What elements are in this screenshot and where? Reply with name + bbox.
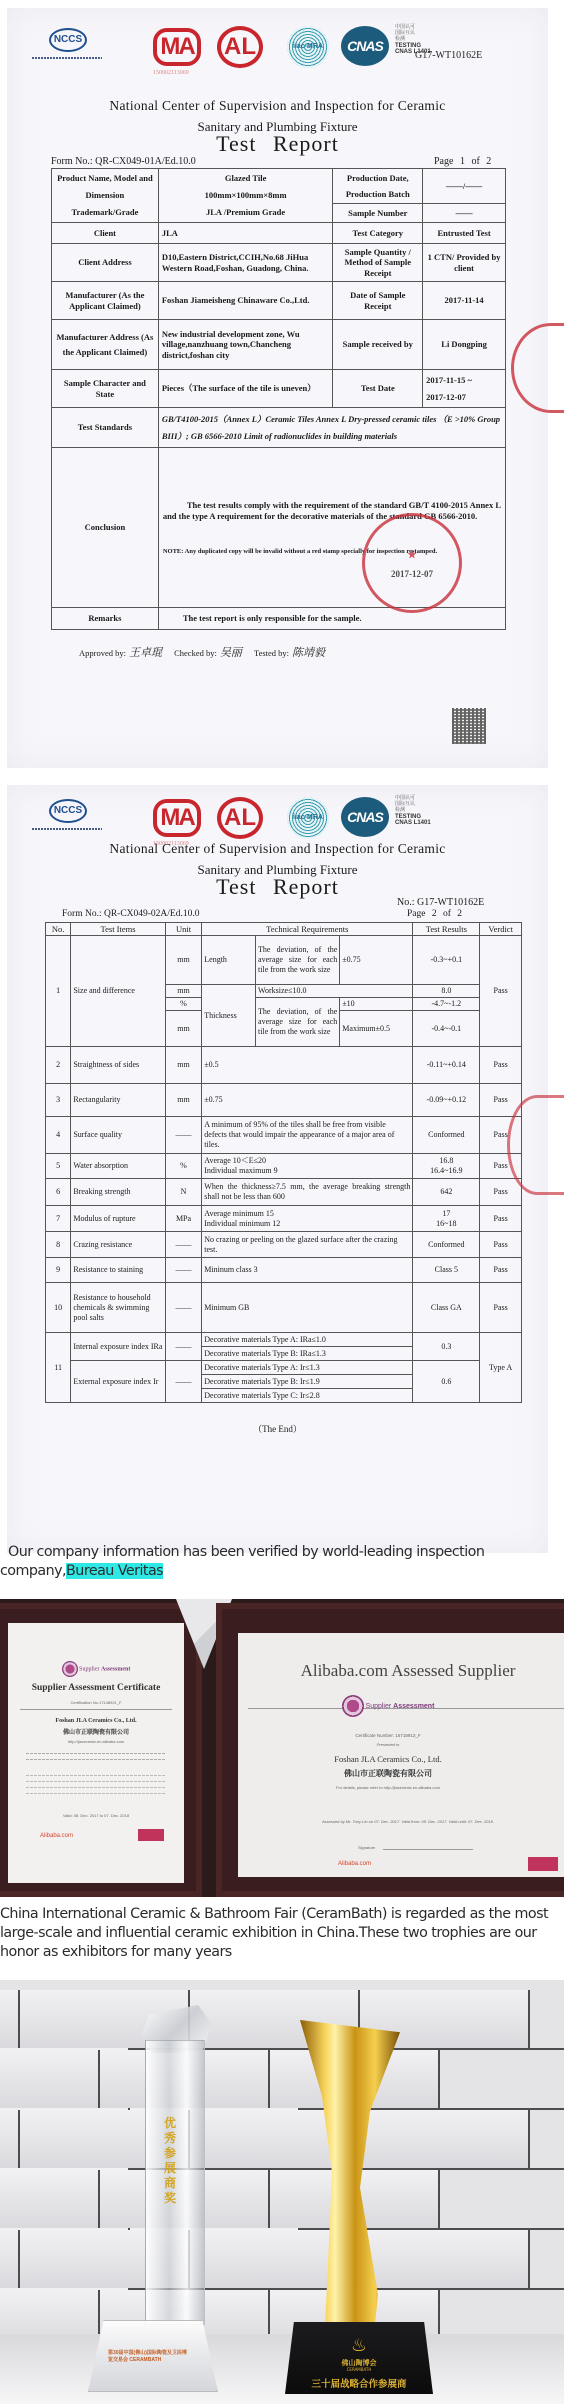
ncss-logo: NCCS — [49, 28, 87, 52]
left-certificate-frame: Supplier Assessment Supplier Assessment … — [0, 1603, 202, 1897]
test-category-value: Entrusted Test — [423, 223, 506, 244]
sample-quantity-label: Sample Quantity / Method of Sample Recei… — [333, 244, 423, 282]
cnas-logo: CNAS — [341, 797, 389, 837]
sample-state-label: Sample Character and State — [52, 370, 159, 408]
supplier-certificates-photo: Supplier Assessment Supplier Assessment … — [0, 1599, 564, 1897]
cal-logo: AL — [217, 26, 263, 68]
client-address-value: D10,Eastern District,CCIH,No.68 JiHua We… — [158, 244, 333, 282]
cerambath-caption: China International Ceramic & Bathroom F… — [0, 1905, 564, 1962]
approved-signature: 王卓琨 — [129, 646, 162, 659]
checked-signature: 吴丽 — [220, 646, 242, 659]
cma-logo: MA — [153, 799, 201, 837]
remarks-label: Remarks — [52, 608, 159, 630]
form-number: Form No.: QR-CX049-01A/Ed.10.0 — [51, 156, 196, 167]
ilac-mra-logo: ilac-MRA — [287, 797, 329, 839]
client-address-label: Client Address — [52, 244, 159, 282]
tile-row — [0, 1990, 564, 2050]
inspection-stamp: ★ 2017-12-07 — [362, 513, 462, 613]
table-row: 9 Resistance to staining —— Mininum clas… — [46, 1258, 522, 1283]
client-label: Client — [52, 223, 159, 244]
signature-line: Approved by:王卓琨 Checked by:吴丽 Tested by:… — [79, 644, 335, 660]
trophies-photo: 优秀参展商奖 第30届中国(佛山)国际陶瓷及卫浴博览交易会 CERAMBATH … — [0, 1980, 564, 2404]
form-number: Form No.: QR-CX049-02A/Ed.10.0 — [62, 909, 200, 919]
supplier-assessment-certificate: Supplier Assessment Supplier Assessment … — [8, 1623, 184, 1883]
cma-number: 150002113069 — [153, 70, 189, 76]
supplier-assessment-badge-icon — [342, 1695, 364, 1717]
sample-number-label: Sample Number — [333, 204, 423, 223]
ilac-mra-logo: ilac-MRA — [287, 26, 329, 68]
page-number: Page 2 of 2 — [407, 909, 462, 919]
production-date-value: ——/—— — [423, 169, 506, 204]
test-category-label: Test Category — [333, 223, 423, 244]
qr-code-icon — [452, 708, 486, 744]
table-header: No. Test Items Unit Technical Requiremen… — [46, 923, 522, 936]
end-marker: （The End） — [7, 1422, 548, 1435]
page-number: Page 1 of 2 — [434, 156, 491, 167]
date-of-receipt-value: 2017-11-14 — [423, 282, 506, 320]
shelf — [0, 2334, 564, 2404]
test-report-page-1: NCCS MA 150002113069 AL ilac-MRA CNAS 中国… — [7, 8, 548, 768]
conclusion-label: Conclusion — [52, 448, 159, 608]
table-row: 7 Modulus of rupture MPa Average minimum… — [46, 1206, 522, 1232]
table-row: 3 Rectangularity mm ±0.75 -0.09~+0.12 Pa… — [46, 1084, 522, 1117]
edge-stamp — [511, 323, 564, 413]
client-value: JLA — [158, 223, 333, 244]
tile-row — [0, 2170, 564, 2230]
table-row: 5 Water absorption % Average 10＜E≤20Indi… — [46, 1154, 522, 1179]
cma-logo: MA — [153, 28, 201, 66]
right-certificate-frame: Alibaba.com Assessed Supplier Supplier A… — [216, 1603, 564, 1897]
supplier-assessment-badge-icon — [62, 1661, 78, 1677]
center-title: National Center of Supervision and Inspe… — [7, 841, 548, 857]
bureau-veritas-highlight: Bureau Veritas — [66, 1563, 163, 1579]
bureau-veritas-logo — [138, 1829, 164, 1841]
product-value: Glazed Tile 100mm×100mm×8mm JLA /Premium… — [158, 169, 333, 223]
report-number: No.: G17-WT10162E — [397, 897, 484, 908]
tile-row — [0, 2050, 564, 2110]
alibaba-logo: Alibaba.com — [40, 1833, 73, 1839]
table-row: 10 Resistance to household chemicals & s… — [46, 1283, 522, 1333]
cnas-side-text: 中国认可 国际互认 检测 TESTING CNAS L1401 — [395, 795, 431, 826]
alibaba-assessed-supplier-certificate: Alibaba.com Assessed Supplier Supplier A… — [238, 1633, 564, 1877]
verification-caption: Our company information has been verifie… — [0, 1543, 564, 1581]
ncss-subtitle — [32, 57, 102, 59]
received-by-value: Li Dongping — [423, 320, 506, 370]
manufacturer-address-label: Manufacturer Address (As the Applicant C… — [52, 320, 159, 370]
table-row: 6 Breaking strength N When the thickness… — [46, 1179, 522, 1206]
bureau-veritas-logo — [528, 1857, 558, 1871]
certification-logos: NCCS MA 150002113069 AL ilac-MRA CNAS 中国… — [27, 24, 538, 84]
tile-row — [0, 2230, 564, 2290]
sample-state-value: Pieces（The surface of the tile is uneven… — [158, 370, 333, 408]
manufacturer-label: Manufacturer (As the Applicant Claimed) — [52, 282, 159, 320]
report-title: Test Report — [7, 131, 548, 157]
flame-logo-icon: ♨ — [285, 2335, 433, 2356]
test-date-label: Test Date — [333, 370, 423, 408]
manufacturer-address-value: New industrial development zone, Wu vill… — [158, 320, 333, 370]
center-title: National Center of Supervision and Inspe… — [7, 98, 548, 114]
report-number: G17-WT10162E — [415, 50, 482, 61]
table-row: 8 Crazing resistance —— No crazing or pe… — [46, 1232, 522, 1258]
crystal-trophy-label: 优秀参展商奖 — [163, 2116, 177, 2206]
production-date-label: Production Date, Production Batch — [333, 169, 423, 204]
test-date-value: 2017-11-15 ~ 2017-12-07 — [423, 370, 506, 408]
sample-number-value: —— — [423, 204, 506, 223]
star-icon: ★ — [407, 548, 418, 563]
test-report-page-2: NCCS MA 150002113069 AL ilac-MRA CNAS 中国… — [7, 785, 548, 1553]
manufacturer-value: Foshan Jiameisheng Chinaware Co.,Ltd. — [158, 282, 333, 320]
ncss-logo: NCCS — [49, 799, 87, 823]
table-row: 11 Internal exposure index IRa —— Decora… — [46, 1333, 522, 1347]
received-by-label: Sample received by — [333, 320, 423, 370]
cal-logo: AL — [217, 797, 263, 839]
cnas-logo: CNAS — [341, 26, 389, 66]
table-row: 2 Straightness of sides mm ±0.5 -0.11~+0… — [46, 1047, 522, 1084]
test-standards-value: GB/T4100-2015（Annex L）Ceramic Tiles Anne… — [158, 408, 505, 448]
table-row: External exposure index Ir —— Decorative… — [46, 1361, 522, 1375]
sample-quantity-value: 1 CTN/ Provided by client — [423, 244, 506, 282]
crystal-base-text: 第30届中国(佛山)国际陶瓷及卫浴博览交易会 CERAMBATH — [108, 2350, 188, 2364]
table-row: 1 Size and difference mm Length The devi… — [46, 936, 522, 985]
table-row: 4 Surface quality —— A minimum of 95% of… — [46, 1117, 522, 1154]
test-results-table: No. Test Items Unit Technical Requiremen… — [45, 922, 522, 1403]
tile-row — [0, 2110, 564, 2170]
date-of-receipt-label: Date of Sample Receipt — [333, 282, 423, 320]
alibaba-logo: Alibaba.com — [338, 1861, 371, 1867]
ncss-subtitle — [32, 828, 102, 830]
product-label: Product Name, Model and Dimension Tradem… — [52, 169, 159, 223]
remarks-value: The test report is only responsible for … — [158, 608, 505, 630]
test-standards-label: Test Standards — [52, 408, 159, 448]
tested-signature: 陈靖毅 — [292, 646, 325, 659]
edge-stamp — [507, 1095, 564, 1195]
